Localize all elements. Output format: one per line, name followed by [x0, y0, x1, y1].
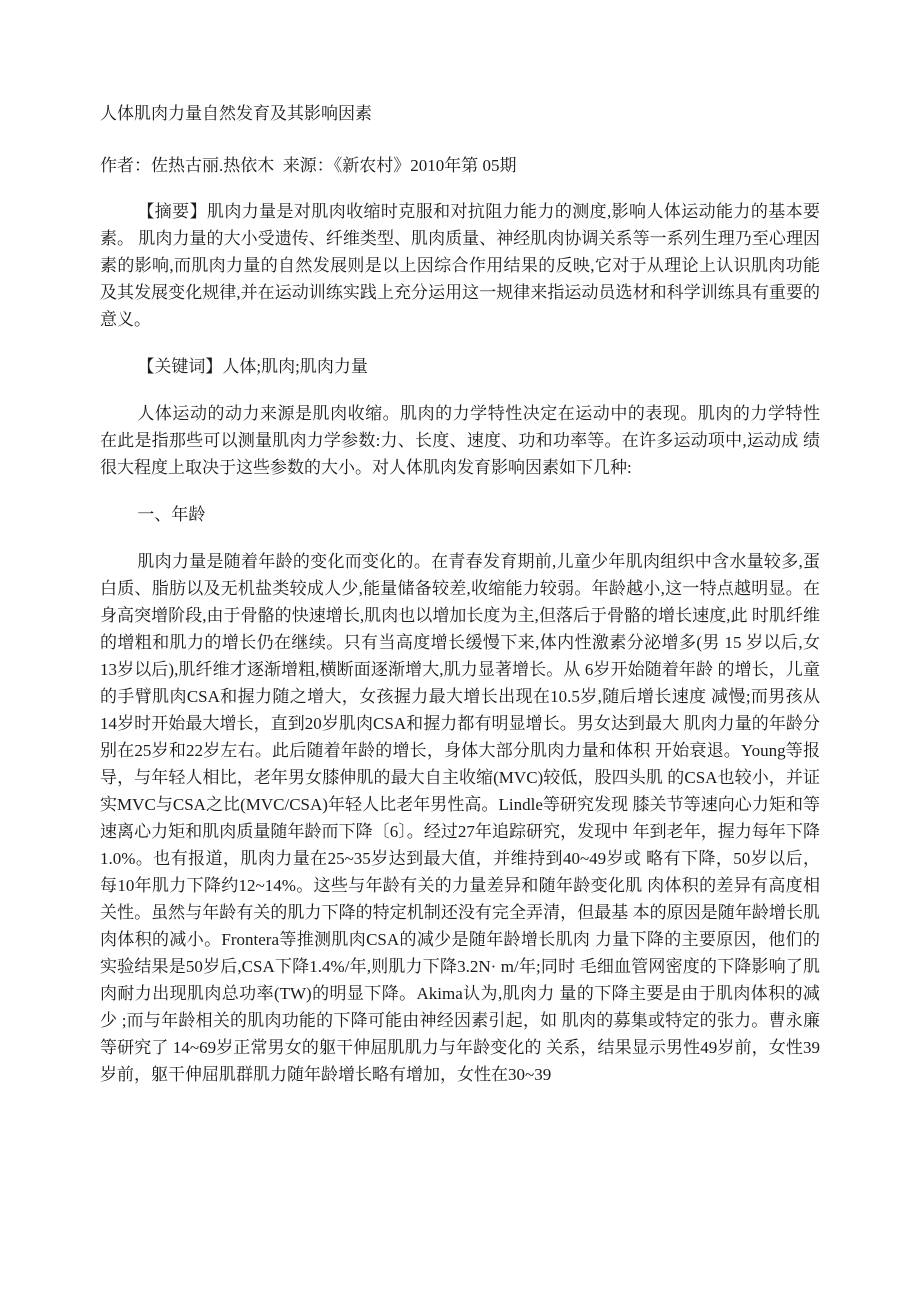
document-title: 人体肌肉力量自然发育及其影响因素 — [100, 100, 820, 127]
keywords-paragraph: 【关键词】人体;肌肉;肌肉力量 — [100, 353, 820, 380]
document-page: 人体肌肉力量自然发育及其影响因素 作者：佐热古丽.热依木 来源：《新农村》201… — [0, 0, 920, 1088]
intro-paragraph: 人体运动的动力来源是肌肉收缩。肌肉的力学特性决定在运动中的表现。肌肉的力学特性 … — [100, 400, 820, 481]
byline: 作者：佐热古丽.热依木 来源：《新农村》2010年第 05期 — [100, 152, 820, 179]
section-1-heading: 一、年龄 — [100, 501, 820, 528]
abstract-paragraph: 【摘要】肌肉力量是对肌肉收缩时克服和对抗阻力能力的测度,影响人体运动能力的基本要… — [100, 198, 820, 333]
section-1-body-paragraph: 肌肉力量是随着年龄的变化而变化的。在青春发育期前,儿童少年肌肉组织中含水量较多,… — [100, 548, 820, 1088]
